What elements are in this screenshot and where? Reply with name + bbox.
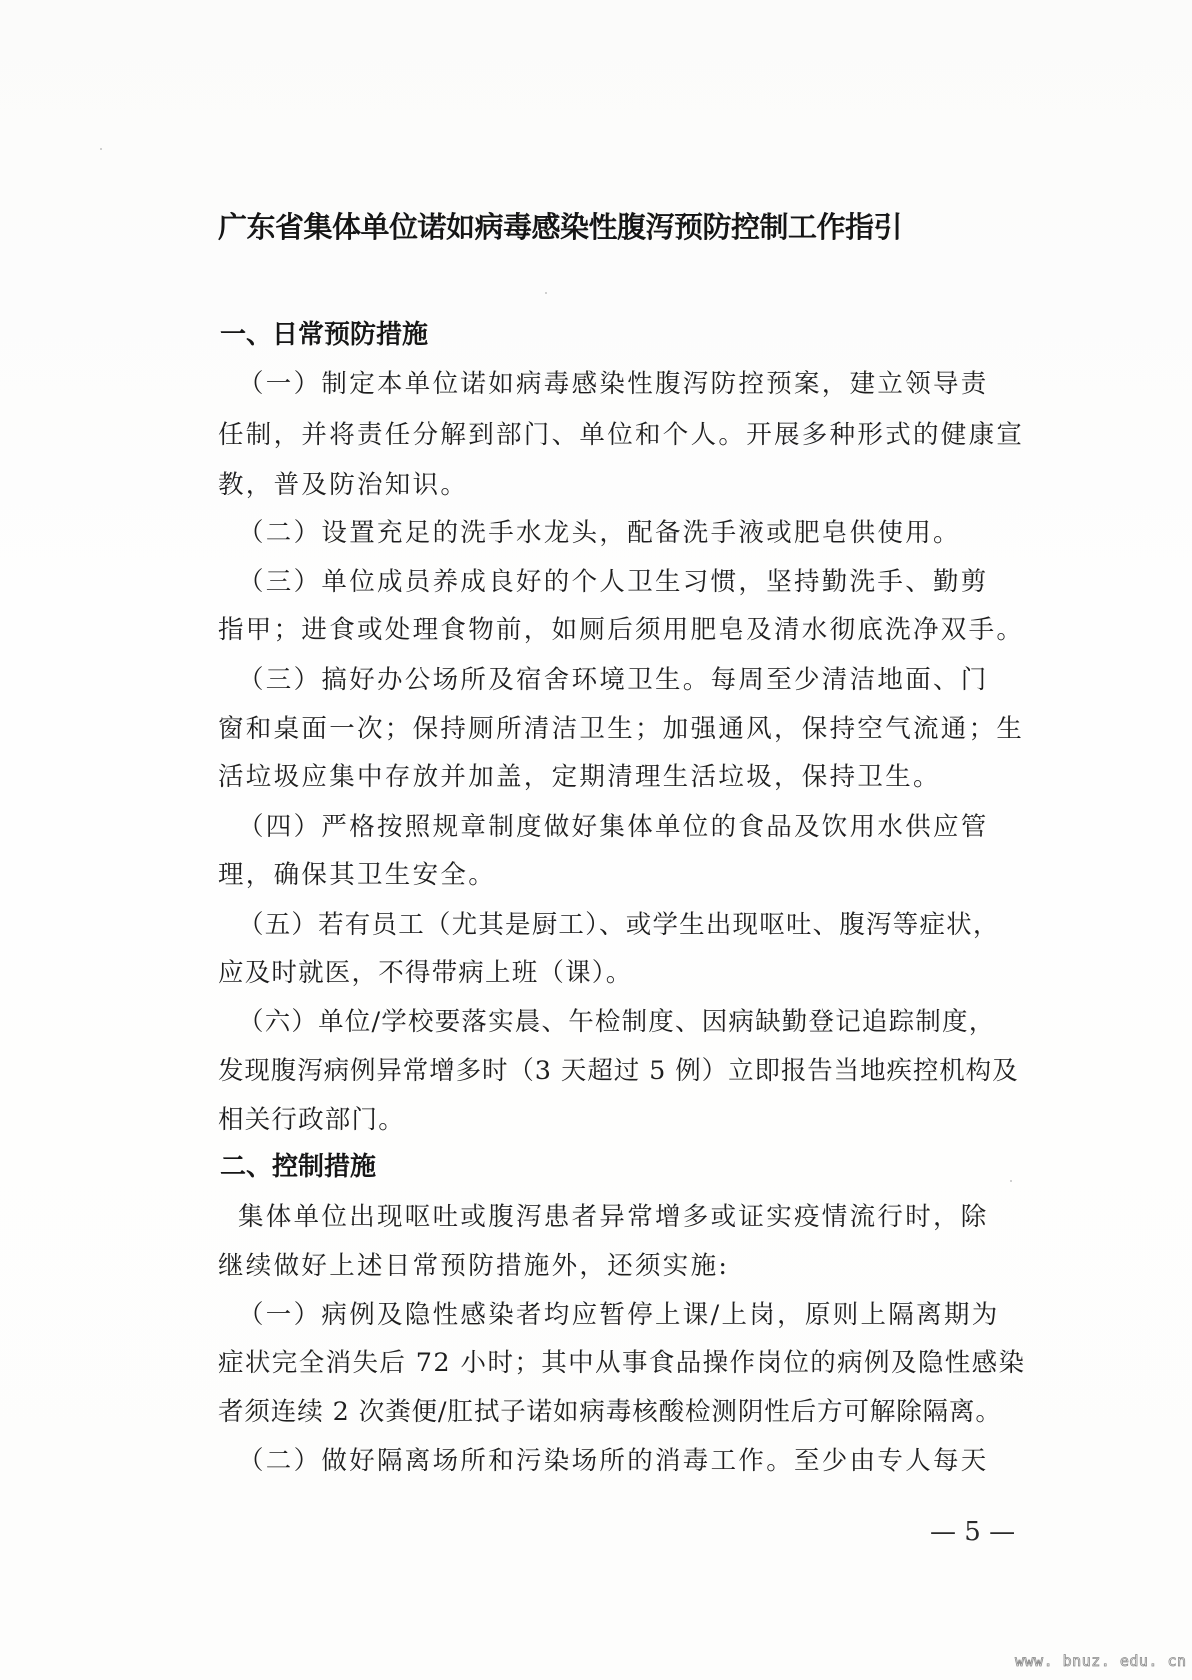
paragraph-line: 窗和桌面一次；保持厕所清洁卫生；加强通风，保持空气流通；生 [218,707,1048,751]
paragraph-line: 活垃圾应集中存放并加盖，定期清理生活垃圾，保持卫生。 [218,755,1048,799]
paragraph-line: （五）若有员工（尤其是厨工）、或学生出现呕吐、腹泻等症状， [238,903,1068,947]
paragraph-line: （六）单位/学校要落实晨、午检制度、因病缺勤登记追踪制度， [238,1000,1068,1044]
paragraph-line: 教，普及防治知识。 [218,463,1048,507]
scan-speck [100,148,102,150]
scan-speck [545,292,547,294]
document-page: 广东省集体单位诺如病毒感染性腹泻预防控制工作指引 一、日常预防措施 （一）制定本… [0,0,1192,1680]
paragraph-line: （一）制定本单位诺如病毒感染性腹泻防控预案，建立领导责 [238,362,1068,406]
paragraph-line: 症状完全消失后 72 小时；其中从事食品操作岗位的病例及隐性感染 [218,1341,1048,1385]
paragraph-line: 任制，并将责任分解到部门、单位和个人。开展多种形式的健康宣 [218,413,1048,457]
paragraph-line: （二）做好隔离场所和污染场所的消毒工作。至少由专人每天 [238,1439,1068,1483]
paragraph-line: 者须连续 2 次粪便/肛拭子诺如病毒核酸检测阴性后方可解除隔离。 [218,1390,1048,1434]
section-heading-control-measures: 二、控制措施 [220,1145,376,1189]
paragraph-line: 继续做好上述日常预防措施外，还须实施: [218,1244,1048,1288]
section-heading-daily-prevention: 一、日常预防措施 [220,313,428,357]
paragraph-line: （四）严格按照规章制度做好集体单位的食品及饮用水供应管 [238,805,1068,849]
document-title: 广东省集体单位诺如病毒感染性腹泻预防控制工作指引 [218,207,998,247]
page-number: — 5 — [930,1512,1015,1552]
paragraph-line: 应及时就医，不得带病上班（课）。 [218,951,1048,995]
paragraph-line: 指甲；进食或处理食物前，如厕后须用肥皂及清水彻底洗净双手。 [218,608,1048,652]
paragraph-line: （二）设置充足的洗手水龙头，配备洗手液或肥皂供使用。 [238,511,1068,555]
scan-speck [1010,1180,1012,1182]
paragraph-line: （三）单位成员养成良好的个人卫生习惯，坚持勤洗手、勤剪 [238,560,1068,604]
paragraph-line: 相关行政部门。 [218,1098,1048,1142]
paragraph-line: 集体单位出现呕吐或腹泻患者异常增多或证实疫情流行时，除 [238,1195,1068,1239]
watermark: www. bnuz. edu. cn [1015,1652,1187,1670]
paragraph-line: 理，确保其卫生安全。 [218,853,1048,897]
paragraph-line: （三）搞好办公场所及宿舍环境卫生。每周至少清洁地面、门 [238,658,1068,702]
paragraph-line: 发现腹泻病例异常增多时（3 天超过 5 例）立即报告当地疾控机构及 [218,1049,1048,1093]
paragraph-line: （一）病例及隐性感染者均应暂停上课/上岗，原则上隔离期为 [238,1293,1068,1337]
